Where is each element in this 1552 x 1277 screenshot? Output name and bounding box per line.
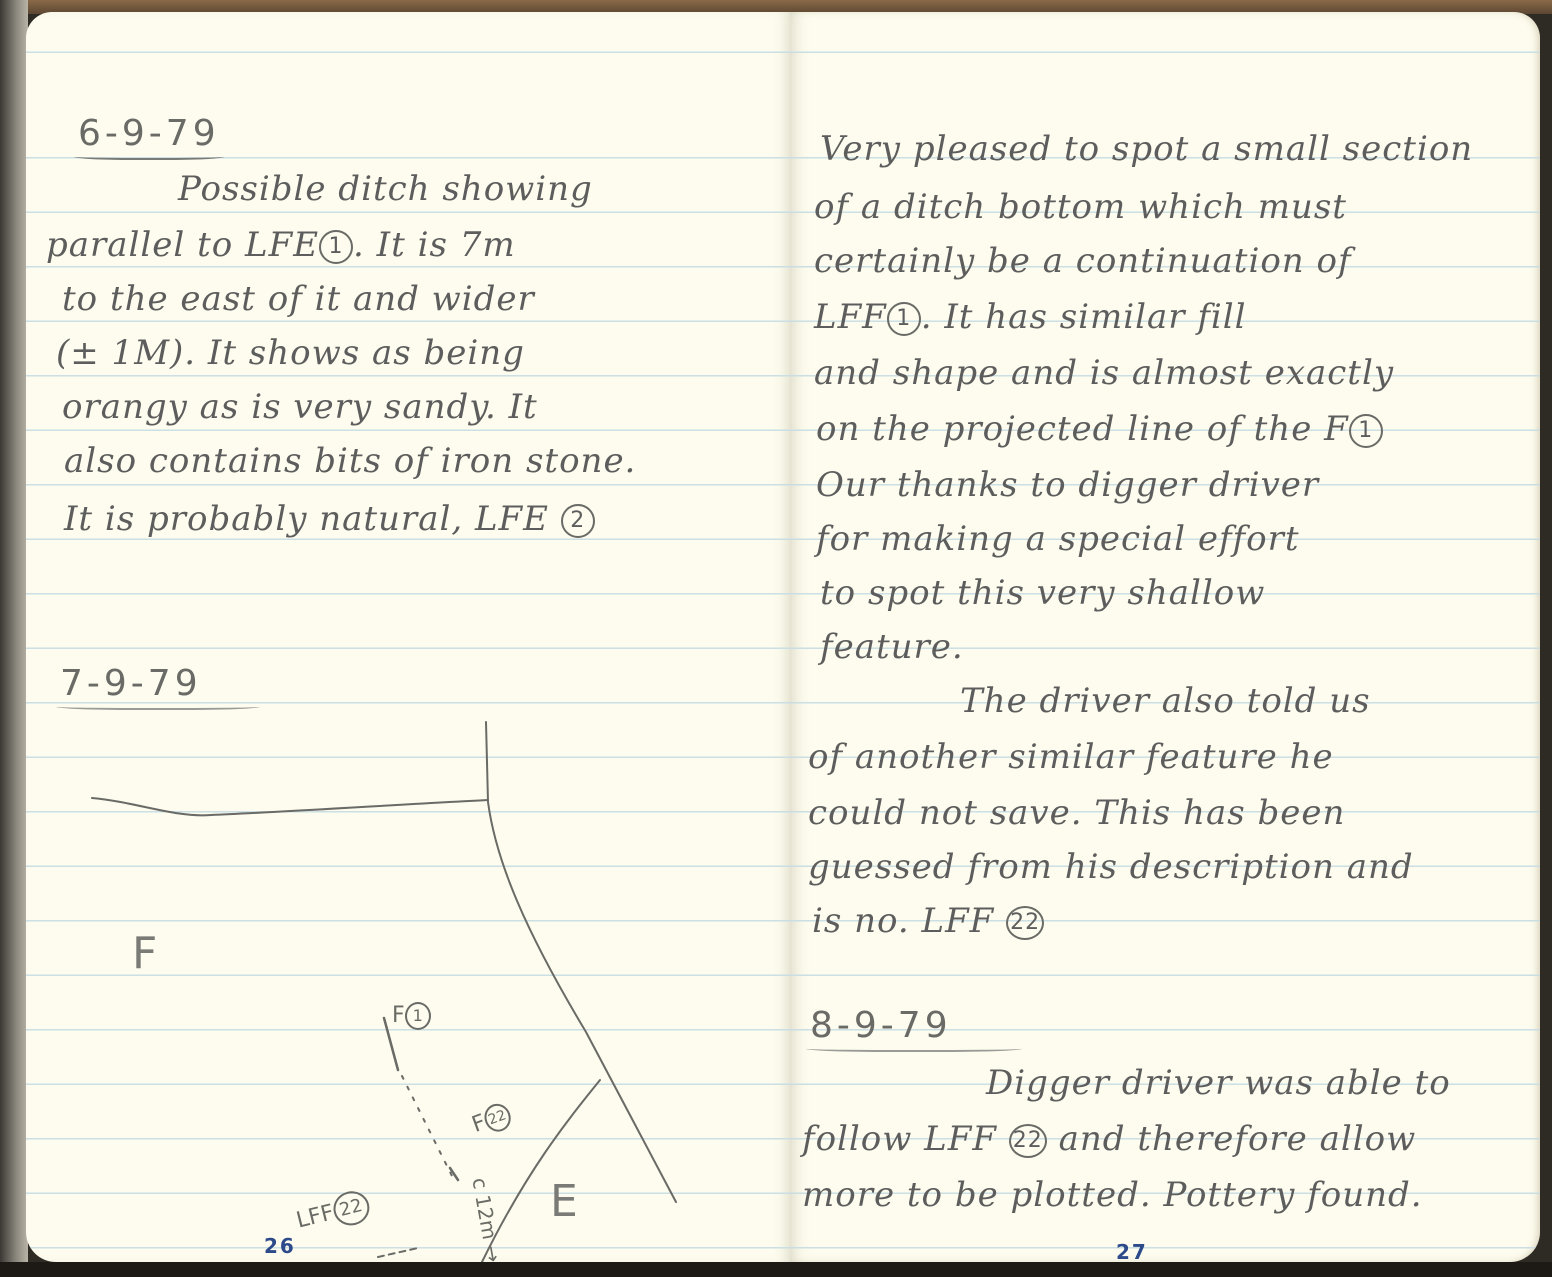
handwritten-line: for making a special effort xyxy=(816,522,1300,556)
boundary-line xyxy=(92,798,488,815)
projected-line xyxy=(402,1076,454,1180)
site-sketch-plan xyxy=(26,12,790,1262)
boundary-line xyxy=(486,722,676,1202)
area-label-e: E xyxy=(550,1176,578,1227)
handwritten-line: on the projected line of the F1 xyxy=(816,412,1383,448)
entry-date: 8-9-79 xyxy=(810,1008,952,1044)
page-number: 26 xyxy=(264,1234,296,1258)
handwritten-line: certainly be a continuation of xyxy=(814,244,1352,278)
date-underline xyxy=(806,1044,1022,1052)
handwritten-line: of a ditch bottom which must xyxy=(814,190,1347,224)
handwritten-line: more to be plotted. Pottery found. xyxy=(802,1178,1423,1212)
feature-ref-circle: 1 xyxy=(887,302,921,336)
area-label-f: F xyxy=(132,928,157,979)
handwritten-line: Our thanks to digger driver xyxy=(816,468,1319,502)
notebook-cover-bottom xyxy=(0,1262,1552,1277)
handwritten-line: could not save. This has been xyxy=(808,796,1345,830)
feature-label-f1: F1 xyxy=(392,1002,431,1030)
notebook-spine-edge xyxy=(0,0,28,1277)
lff22-dashed-line xyxy=(378,1248,418,1257)
right-page: Very pleased to spot a small section of … xyxy=(790,12,1540,1262)
page-number: 27 xyxy=(1116,1240,1148,1262)
handwritten-line: follow LFF 22 and therefore allow xyxy=(802,1122,1416,1158)
left-page: 6-9-79 Possible ditch showing parallel t… xyxy=(26,12,790,1262)
handwritten-line: guessed from his description and xyxy=(808,850,1414,884)
handwritten-line: Very pleased to spot a small section xyxy=(820,132,1473,166)
handwritten-line: to spot this very shallow xyxy=(820,576,1265,610)
feature-ref-circle: 1 xyxy=(1349,414,1383,448)
feature-ref-circle: 22 xyxy=(1009,1124,1047,1158)
handwritten-line: Digger driver was able to xyxy=(986,1066,1451,1100)
handwritten-line: feature. xyxy=(820,630,964,664)
handwritten-line: is no. LFF 22 xyxy=(812,904,1044,940)
handwritten-line: The driver also told us xyxy=(960,684,1371,718)
handwritten-line: and shape and is almost exactly xyxy=(814,356,1394,390)
handwritten-line: of another similar feature he xyxy=(808,740,1334,774)
feature-ref-circle: 22 xyxy=(1006,906,1044,940)
handwritten-line: LFF1. It has similar fill xyxy=(814,300,1247,336)
